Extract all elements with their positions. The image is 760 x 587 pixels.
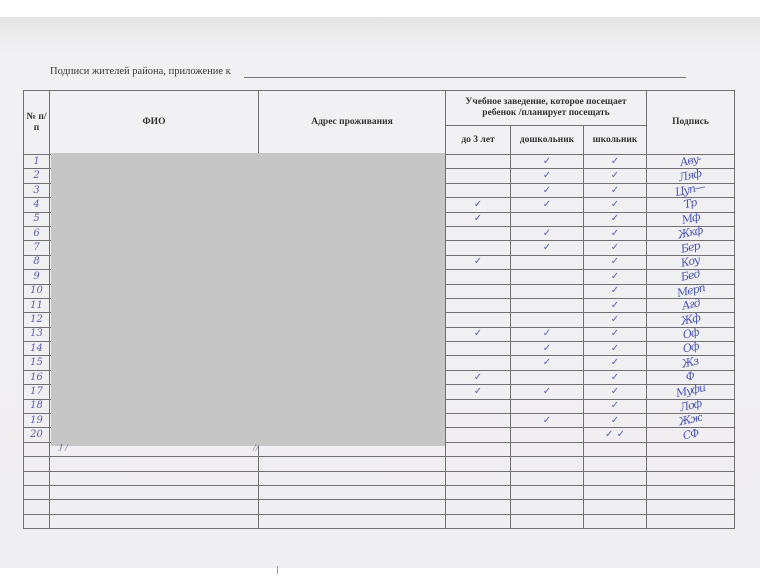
row-number: 6	[24, 226, 50, 240]
cell-schoolchild	[584, 442, 647, 456]
cell-signature: Бед	[647, 270, 735, 284]
cell-schoolchild: ✓	[584, 313, 647, 327]
cell-signature-value: Жз	[681, 355, 700, 371]
cell-under3: ✓	[446, 255, 511, 269]
cell-signature	[647, 442, 735, 456]
cell-signature-value: Оф	[682, 341, 700, 357]
cell-under3	[446, 442, 511, 456]
cell-fio	[50, 485, 259, 499]
cell-preschool-value: ✓	[543, 328, 551, 339]
cell-preschool-value: ✓	[543, 199, 551, 210]
cell-schoolchild-value: ✓	[611, 285, 619, 296]
header-signature: Подпись	[647, 91, 735, 155]
cell-schoolchild-value: ✓	[611, 228, 619, 239]
cell-schoolchild: ✓	[584, 370, 647, 384]
cell-fio	[50, 500, 259, 514]
redaction-block	[51, 153, 445, 446]
cell-signature: Оф	[647, 342, 735, 356]
cell-schoolchild-value: ✓	[611, 372, 619, 383]
row-number	[24, 514, 50, 528]
cell-preschool: ✓	[511, 414, 584, 428]
cell-signature: Жф	[647, 313, 735, 327]
cell-schoolchild: ✓	[584, 342, 647, 356]
cell-under3	[446, 399, 511, 413]
row-number: 18	[24, 399, 50, 413]
cell-schoolchild: ✓	[584, 226, 647, 240]
cell-schoolchild-value: ✓	[611, 156, 619, 167]
cell-schoolchild: ✓	[584, 356, 647, 370]
cell-under3	[446, 284, 511, 298]
cell-under3	[446, 183, 511, 197]
cell-schoolchild: ✓	[584, 327, 647, 341]
cell-signature: Лоф	[647, 399, 735, 413]
cell-signature: Мф	[647, 212, 735, 226]
cell-signature	[647, 485, 735, 499]
row-number: 7	[24, 241, 50, 255]
row-number: 8	[24, 255, 50, 269]
row-number	[24, 485, 50, 499]
cell-schoolchild: ✓	[584, 385, 647, 399]
cell-preschool: ✓	[511, 241, 584, 255]
header-preschool: дошкольник	[511, 126, 584, 155]
cell-preschool: ✓	[511, 356, 584, 370]
cell-under3: ✓	[446, 198, 511, 212]
cell-under3-value: ✓	[474, 199, 482, 210]
cell-preschool-value: ✓	[543, 343, 551, 354]
cell-under3: ✓	[446, 385, 511, 399]
header-under3: до 3 лет	[446, 126, 511, 155]
row-number-value: 2	[33, 170, 39, 181]
cell-preschool	[511, 500, 584, 514]
stray-pen-mark: J /	[58, 443, 68, 454]
cell-schoolchild-value: ✓	[611, 386, 619, 397]
row-number: 13	[24, 327, 50, 341]
cell-preschool	[511, 471, 584, 485]
cell-preschool	[511, 457, 584, 471]
cell-under3	[446, 241, 511, 255]
cell-under3	[446, 155, 511, 169]
row-number	[24, 457, 50, 471]
cell-preschool: ✓	[511, 226, 584, 240]
cell-under3	[446, 414, 511, 428]
cell-address	[259, 485, 446, 499]
cell-signature: СФ	[647, 428, 735, 442]
row-number	[24, 471, 50, 485]
cell-schoolchild: ✓	[584, 284, 647, 298]
cell-under3-value: ✓	[474, 386, 482, 397]
table-row	[24, 485, 735, 499]
cell-under3	[446, 471, 511, 485]
cell-preschool-value: ✓	[543, 357, 551, 368]
caption-fill-line	[244, 77, 686, 78]
cell-schoolchild-value: ✓	[611, 170, 619, 181]
cell-under3-value: ✓	[474, 213, 482, 224]
cell-signature: Тр	[647, 198, 735, 212]
cell-preschool	[511, 313, 584, 327]
cell-signature: Оф	[647, 327, 735, 341]
cell-preschool-value: ✓	[543, 386, 551, 397]
row-number-value: 11	[30, 300, 43, 311]
cell-schoolchild: ✓	[584, 169, 647, 183]
cell-preschool: ✓	[511, 327, 584, 341]
cell-signature	[647, 471, 735, 485]
cell-address	[259, 471, 446, 485]
cell-preschool	[511, 212, 584, 226]
document-caption: Подписи жителей района, приложение к	[50, 66, 231, 77]
cell-schoolchild	[584, 457, 647, 471]
cell-signature: Муфи	[647, 385, 735, 399]
row-number: 19	[24, 414, 50, 428]
table-row	[24, 514, 735, 528]
row-number: 11	[24, 298, 50, 312]
cell-preschool	[511, 284, 584, 298]
cell-schoolchild-value: ✓	[611, 357, 619, 368]
cell-signature	[647, 500, 735, 514]
cell-preschool: ✓	[511, 183, 584, 197]
table-row	[24, 500, 735, 514]
cell-schoolchild-value: ✓	[611, 314, 619, 325]
cell-preschool	[511, 442, 584, 456]
cell-under3: ✓	[446, 212, 511, 226]
cell-signature: Ф	[647, 370, 735, 384]
header-schoolchild: школьник	[584, 126, 647, 155]
cell-schoolchild: ✓	[584, 255, 647, 269]
cell-signature: Ляф	[647, 169, 735, 183]
cell-schoolchild-value: ✓ ✓	[605, 429, 625, 440]
cell-preschool-value: ✓	[543, 156, 551, 167]
cell-schoolchild: ✓	[584, 298, 647, 312]
cell-schoolchild-value: ✓	[611, 271, 619, 282]
row-number	[24, 442, 50, 456]
paper-top-edge	[0, 17, 760, 39]
cell-under3	[446, 169, 511, 183]
row-number-value: 13	[30, 328, 43, 339]
fold-mark	[277, 566, 278, 574]
cell-signature-value: Жж	[678, 412, 703, 429]
row-number-value: 20	[30, 429, 43, 440]
cell-address	[259, 514, 446, 528]
cell-schoolchild: ✓	[584, 155, 647, 169]
row-number-value: 10	[30, 285, 43, 296]
row-number: 10	[24, 284, 50, 298]
cell-schoolchild: ✓	[584, 414, 647, 428]
row-number-value: 14	[30, 343, 43, 354]
row-number: 12	[24, 313, 50, 327]
row-number-value: 16	[30, 372, 43, 383]
cell-signature: Жж	[647, 414, 735, 428]
cell-under3: ✓	[446, 327, 511, 341]
cell-fio	[50, 457, 259, 471]
row-number-value: 6	[33, 228, 39, 239]
row-number-value: 18	[30, 400, 43, 411]
cell-preschool-value: ✓	[543, 170, 551, 181]
cell-signature	[647, 514, 735, 528]
cell-schoolchild-value: ✓	[611, 242, 619, 253]
cell-schoolchild-value: ✓	[611, 300, 619, 311]
header-address: Адрес проживания	[259, 91, 446, 155]
header-fio: ФИО	[50, 91, 259, 155]
row-number: 14	[24, 342, 50, 356]
row-number-value: 19	[30, 415, 43, 426]
cell-schoolchild-value: ✓	[611, 415, 619, 426]
cell-preschool	[511, 255, 584, 269]
row-number-value: 8	[33, 256, 39, 267]
header-number: № п/п	[24, 91, 50, 155]
cell-under3-value: ✓	[474, 328, 482, 339]
cell-preschool	[511, 428, 584, 442]
cell-preschool-value: ✓	[543, 242, 551, 253]
cell-under3-value: ✓	[474, 256, 482, 267]
cell-preschool	[511, 370, 584, 384]
cell-preschool-value: ✓	[543, 228, 551, 239]
cell-schoolchild-value: ✓	[611, 343, 619, 354]
cell-preschool: ✓	[511, 198, 584, 212]
cell-preschool	[511, 485, 584, 499]
cell-preschool	[511, 399, 584, 413]
cell-signature: Цуп—	[647, 183, 735, 197]
cell-schoolchild-value: ✓	[611, 199, 619, 210]
cell-fio	[50, 471, 259, 485]
cell-signature: Жз	[647, 356, 735, 370]
cell-under3	[446, 313, 511, 327]
cell-signature: Бер	[647, 241, 735, 255]
table-row	[24, 471, 735, 485]
row-number-value: 9	[33, 271, 39, 282]
cell-signature: Агд	[647, 298, 735, 312]
row-number: 4	[24, 198, 50, 212]
cell-signature: Коу	[647, 255, 735, 269]
cell-preschool: ✓	[511, 169, 584, 183]
cell-schoolchild-value: ✓	[611, 185, 619, 196]
cell-address	[259, 457, 446, 471]
row-number-value: 17	[30, 386, 43, 397]
cell-under3	[446, 226, 511, 240]
cell-schoolchild: ✓	[584, 198, 647, 212]
row-number: 15	[24, 356, 50, 370]
row-number: 20	[24, 428, 50, 442]
cell-preschool	[511, 514, 584, 528]
row-number: 1	[24, 155, 50, 169]
cell-under3	[446, 428, 511, 442]
row-number-value: 4	[33, 199, 39, 210]
cell-signature-value: СФ	[682, 427, 700, 443]
cell-under3	[446, 298, 511, 312]
cell-under3	[446, 500, 511, 514]
cell-schoolchild	[584, 500, 647, 514]
cell-signature: Мерп	[647, 284, 735, 298]
row-number: 2	[24, 169, 50, 183]
cell-schoolchild: ✓	[584, 212, 647, 226]
cell-signature	[647, 457, 735, 471]
cell-under3	[446, 514, 511, 528]
cell-schoolchild-value: ✓	[611, 213, 619, 224]
row-number-value: 3	[33, 185, 39, 196]
cell-preschool: ✓	[511, 385, 584, 399]
cell-schoolchild: ✓	[584, 270, 647, 284]
cell-schoolchild: ✓	[584, 241, 647, 255]
row-number: 5	[24, 212, 50, 226]
row-number: 9	[24, 270, 50, 284]
cell-under3: ✓	[446, 370, 511, 384]
cell-under3-value: ✓	[474, 372, 482, 383]
cell-preschool-value: ✓	[543, 415, 551, 426]
cell-schoolchild-value: ✓	[611, 328, 619, 339]
cell-signature: Жкф	[647, 226, 735, 240]
cell-schoolchild	[584, 471, 647, 485]
row-number-value: 1	[33, 156, 39, 167]
row-number	[24, 500, 50, 514]
cell-schoolchild: ✓	[584, 399, 647, 413]
cell-under3	[446, 457, 511, 471]
row-number-value: 15	[30, 357, 43, 368]
table-row	[24, 457, 735, 471]
cell-schoolchild: ✓ ✓	[584, 428, 647, 442]
cell-schoolchild	[584, 485, 647, 499]
row-number: 17	[24, 385, 50, 399]
cell-preschool: ✓	[511, 155, 584, 169]
cell-preschool	[511, 270, 584, 284]
row-number: 16	[24, 370, 50, 384]
cell-schoolchild-value: ✓	[611, 400, 619, 411]
cell-under3	[446, 485, 511, 499]
cell-under3	[446, 356, 511, 370]
cell-preschool-value: ✓	[543, 185, 551, 196]
cell-fio	[50, 514, 259, 528]
cell-schoolchild-value: ✓	[611, 256, 619, 267]
row-number-value: 5	[33, 213, 39, 224]
row-number: 3	[24, 183, 50, 197]
row-number-value: 12	[30, 314, 43, 325]
cell-schoolchild: ✓	[584, 183, 647, 197]
cell-signature-value: Жф	[680, 312, 701, 328]
cell-address	[259, 500, 446, 514]
cell-preschool: ✓	[511, 342, 584, 356]
cell-preschool	[511, 298, 584, 312]
cell-under3	[446, 270, 511, 284]
cell-under3	[446, 342, 511, 356]
cell-signature: Аву-	[647, 155, 735, 169]
row-number-value: 7	[33, 242, 39, 253]
stray-pen-mark: //	[253, 443, 259, 454]
header-school-group: Учебное заведение, которое посещает ребе…	[446, 91, 647, 126]
cell-schoolchild	[584, 514, 647, 528]
